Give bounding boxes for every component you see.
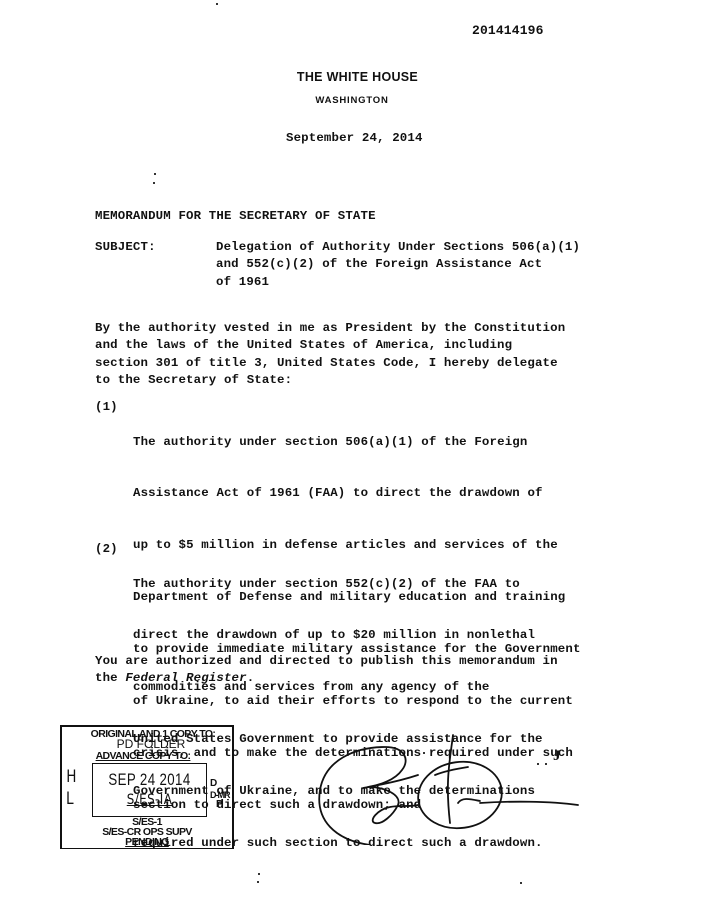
presidential-signature xyxy=(310,725,590,845)
received-date-box: SEP 24 2014 S/ES-IA xyxy=(92,763,207,817)
scan-speck xyxy=(545,763,547,765)
subject-line: of 1961 xyxy=(216,274,580,291)
stamp-advance-copy: ADVANCE COPY TO: xyxy=(58,751,228,762)
letterhead-title: THE WHITE HOUSE xyxy=(0,70,720,84)
paragraph-line: section 301 of title 3, United States Co… xyxy=(95,355,565,372)
stamp-initial-l: L xyxy=(66,789,74,809)
scan-speck xyxy=(216,3,218,5)
subject-line: and 552(c)(2) of the Foreign Assistance … xyxy=(216,256,580,273)
closing-prefix: the xyxy=(95,671,125,685)
opening-paragraph: By the authority vested in me as Preside… xyxy=(95,320,565,389)
stamp-folder: PD FOLDER xyxy=(66,739,236,750)
stamp-side-note: P xyxy=(216,800,222,810)
document-control-number: 201414196 xyxy=(472,22,544,39)
memorandum-recipient: MEMORANDUM FOR THE SECRETARY OF STATE xyxy=(95,208,376,225)
routing-stamp: ORIGINAL AND 1 COPY TO: PD FOLDER ADVANC… xyxy=(60,725,234,849)
received-office: S/ES-IA xyxy=(101,792,197,808)
scan-speck xyxy=(423,752,425,754)
signature-mark: J xyxy=(553,748,561,765)
paragraph-line: By the authority vested in me as Preside… xyxy=(95,320,565,337)
item-line: The authority under section 552(c)(2) of… xyxy=(133,576,543,593)
subject-line: Delegation of Authority Under Sections 5… xyxy=(216,239,580,256)
subject-text: Delegation of Authority Under Sections 5… xyxy=(216,239,580,291)
stamp-initial-h: H xyxy=(66,767,76,787)
closing-paragraph: You are authorized and directed to publi… xyxy=(95,653,558,688)
memo-date: September 24, 2014 xyxy=(286,130,423,147)
item-number: (1) xyxy=(95,399,118,416)
federal-register-title: Federal Register xyxy=(125,671,246,685)
item-line: The authority under section 506(a)(1) of… xyxy=(133,434,581,451)
letterhead-subtitle: WASHINGTON xyxy=(0,95,712,106)
item-line: direct the drawdown of up to $20 million… xyxy=(133,627,543,644)
received-date: SEP 24 2014 xyxy=(105,770,193,790)
scan-speck xyxy=(537,763,539,765)
closing-line: the Federal Register. xyxy=(95,670,558,687)
item-line: Assistance Act of 1961 (FAA) to direct t… xyxy=(133,485,581,502)
closing-suffix: . xyxy=(247,671,255,685)
stamp-side-note: D xyxy=(210,779,216,789)
item-number: (2) xyxy=(95,541,118,558)
paragraph-line: and the laws of the United States of Ame… xyxy=(95,337,565,354)
paragraph-line: to the Secretary of State: xyxy=(95,372,565,389)
scan-speck xyxy=(153,182,155,184)
closing-line: You are authorized and directed to publi… xyxy=(95,653,558,670)
scan-speck xyxy=(154,173,156,175)
subject-label: SUBJECT: xyxy=(95,239,156,256)
stamp-pending: PENDING xyxy=(62,837,232,848)
letterhead-title-text: THE WHITE HOUSE xyxy=(0,70,720,84)
